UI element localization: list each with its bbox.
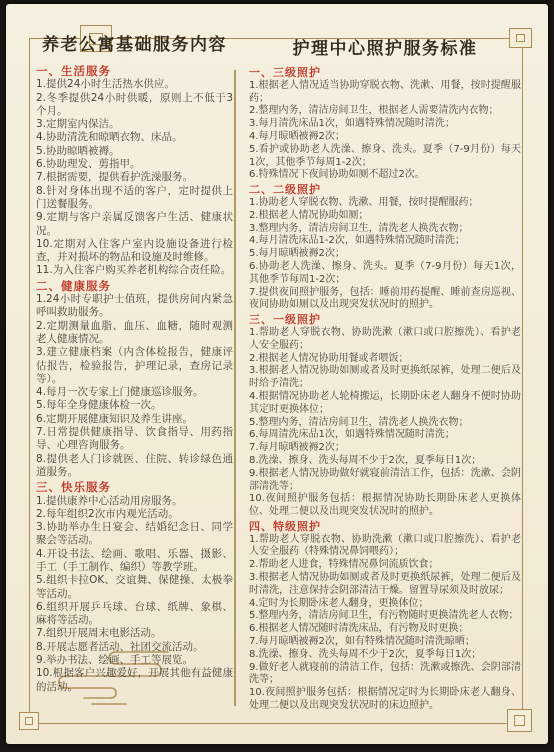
- service-item: 3.协助举办生日宴会、结婚纪念日、同学聚会等活动。: [36, 521, 233, 548]
- section-item-list: 1.帮助老人穿脱衣物、协助洗漱（漱口或口腔擦洗）、看护老人安全服药；2.根据老人…: [249, 327, 521, 519]
- care-standard-item: 5.每月晾晒被褥2次；: [249, 248, 521, 261]
- care-standard-item: 6.协助老人洗澡、擦身、洗头。夏季（7-9月份）每天1次，其他季节每周1-2次；: [249, 261, 521, 287]
- section-level2-care: 二、二级照护 1.协助老人穿脱衣物、洗漱、用餐，按时提醒服药；2.根据老人情况协…: [249, 184, 521, 312]
- section-heading: 一、三级照护: [249, 67, 521, 80]
- service-item: 4.协助清洗和晾晒衣物、床品。: [36, 131, 233, 144]
- service-item: 5.每年全身健康体检一次。: [36, 399, 233, 412]
- service-item: 9.定期与客户亲属反馈客户生活、健康状况。: [36, 211, 233, 238]
- care-standard-item: 4.每月晾晒被褥2次；: [249, 131, 521, 144]
- care-standard-item: 2.整理内务，清洁房间卫生，根据老人需要清洗内衣物；: [249, 105, 521, 118]
- care-standard-item: 4.每月清洗床品1-2次，如遇特殊情况随时清洗；: [249, 235, 521, 248]
- care-standard-item: 2.根据老人情况协助用餐或者喂饭；: [249, 353, 521, 366]
- section-item-list: 1.帮助老人穿脱衣物、协助洗漱（漱口或口腔擦洗）、看护老人安全服药（特殊情况鼻饲…: [249, 534, 521, 713]
- left-panel-title: 养老公寓基础服务内容: [36, 34, 233, 56]
- service-item: 8.针对身体出现不适的客户，定时提供上门送餐服务。: [36, 185, 233, 212]
- service-item: 10.定期对入住客户室内设施设备进行检查，并对损坏的物品和设施及时维修。: [36, 238, 233, 265]
- care-standard-item: 3.每月清洗床品1次，如遇特殊情况随时清洗；: [249, 118, 521, 131]
- care-standard-item: 10.夜间照护服务包括：根据情况协助长期卧床老人更换体位、处理二便以及出现突发状…: [249, 493, 521, 519]
- service-item: 1.24小时专职护士值班，提供房间内紧急呼叫救助服务。: [36, 293, 233, 320]
- service-item: 9.举办书法、绘画、手工等展览。: [36, 654, 233, 667]
- service-item: 7.日常提供健康指导、饮食指导、用药指导、心理咨询服务。: [36, 426, 233, 453]
- service-item: 8.提供老人门诊就医、住院、转诊绿色通道服务。: [36, 453, 233, 480]
- section-heading: 二、健康服务: [36, 280, 233, 293]
- service-item: 5.协助晾晒被褥。: [36, 145, 233, 158]
- care-standard-item: 5.看护或协助老人洗澡、擦身、洗头。夏季（7-9月份）每天1次，其他季节每周1-…: [249, 144, 521, 170]
- left-panel: 养老公寓基础服务内容 一、生活服务 1.提供24小时生活热水供应。2.冬季提供2…: [36, 34, 233, 694]
- service-item: 7.根据需要，提供看护洗澡服务。: [36, 171, 233, 184]
- care-standard-item: 1.帮助老人穿脱衣物、协助洗漱（漱口或口腔擦洗）、看护老人安全服药（特殊情况鼻饲…: [249, 534, 521, 560]
- care-standard-item: 3.根据老人情况协助如厕或者及时更换纸尿裤，处理二便后及时清洗，注意保持会阴部清…: [249, 572, 521, 598]
- section-heading: 一、生活服务: [36, 65, 233, 78]
- service-item: 6.协助理发、剪指甲。: [36, 158, 233, 171]
- section-item-list: 1.协助老人穿脱衣物、洗漱、用餐，按时提醒服药；2.根据老人情况协助如厕；3.整…: [249, 197, 521, 312]
- fret-corner-bottom-left-icon: [19, 712, 39, 730]
- service-item: 2.冬季提供24小时供暖，原则上不低于3个月。: [36, 92, 233, 119]
- care-standard-item: 6.每周清洗床品1次，如遇特殊情况随时清洗；: [249, 429, 521, 442]
- section-item-list: 1.提供康养中心活动用房服务。2.每年组织2次市内观光活动。3.协助举办生日宴会…: [36, 495, 233, 694]
- section-level1-care: 三、一级照护 1.帮助老人穿脱衣物、协助洗漱（漱口或口腔擦洗）、看护老人安全服药…: [249, 314, 521, 519]
- section-special-care: 四、特级照护 1.帮助老人穿脱衣物、协助洗漱（漱口或口腔擦洗）、看护老人安全服药…: [249, 521, 521, 713]
- care-standard-item: 3.整理内务，清洁房间卫生，清洗老人换洗衣物；: [249, 223, 521, 236]
- section-heading: 三、一级照护: [249, 314, 521, 327]
- right-panel: 护理中心照护服务标准 一、三级照护 1.根据老人情况适当协助穿脱衣物、洗漱、用餐…: [249, 38, 521, 713]
- right-panel-title: 护理中心照护服务标准: [249, 38, 521, 60]
- care-standard-item: 7.每月晾晒被褥2次；: [249, 442, 521, 455]
- care-standard-item: 7.提供夜间照护服务，包括：睡前用药提醒、睡前查房巡视、夜间协助如厕以及出现突发…: [249, 287, 521, 313]
- care-standard-item: 10.夜间照护服务包括：根据情况定时为长期卧床老人翻身、处理二便以及出现突发状况…: [249, 687, 521, 713]
- care-standard-item: 5.整理内务，清洁房间卫生，有污物随时更换清洗老人衣物；: [249, 610, 521, 623]
- care-standard-item: 9.做好老人就寝前的清洁工作，包括：洗漱或擦洗、会阴部清洗等；: [249, 662, 521, 688]
- service-item: 10.根据客户兴趣爱好，开展其他有益健康的活动。: [36, 667, 233, 694]
- service-item: 1.提供康养中心活动用房服务。: [36, 495, 233, 508]
- service-item: 5.组织卡拉OK、交谊舞、保健操、太极拳等活动。: [36, 574, 233, 601]
- service-item: 6.组织开展乒乓球、台球、纸牌、象棋、麻将等活动。: [36, 601, 233, 628]
- care-standard-item: 2.根据老人情况协助如厕；: [249, 210, 521, 223]
- care-standard-item: 6.根据老人情况随时清洗床品，有污物及时更换；: [249, 623, 521, 636]
- service-item: 3.定期室内保洁。: [36, 118, 233, 131]
- care-standard-item: 4.定时为长期卧床老人翻身，更换体位；: [249, 598, 521, 611]
- poster-card: 养老公寓基础服务内容 一、生活服务 1.提供24小时生活热水供应。2.冬季提供2…: [6, 4, 548, 744]
- care-standard-item: 7.每月晾晒被褥2次，如有特殊情况随时清洗晾晒；: [249, 636, 521, 649]
- service-item: 4.开设书法、绘画、歌唱、乐器、摄影、手工（手工制作、编织）等教学班。: [36, 548, 233, 575]
- care-standard-item: 1.协助老人穿脱衣物、洗漱、用餐，按时提醒服药；: [249, 197, 521, 210]
- service-item: 6.定期开展健康知识及养生讲座。: [36, 413, 233, 426]
- service-item: 11.为入住客户购买养老机构综合责任险。: [36, 264, 233, 277]
- service-item: 2.每年组织2次市内观光活动。: [36, 508, 233, 521]
- service-item: 1.提供24小时生活热水供应。: [36, 78, 233, 91]
- care-standard-item: 8.洗澡、擦身、洗头每周不少于2次，夏季每日1次；: [249, 455, 521, 468]
- section-health-services: 二、健康服务 1.24小时专职护士值班，提供房间内紧急呼叫救助服务。2.定期测量…: [36, 280, 233, 479]
- section-level3-care: 一、三级照护 1.根据老人情况适当协助穿脱衣物、洗漱、用餐，按时提醒服药；2.整…: [249, 67, 521, 182]
- care-standard-item: 9.根据老人情况协助做好就寝前清洁工作，包括：洗漱、会阴部清洗等；: [249, 468, 521, 494]
- section-life-services: 一、生活服务 1.提供24小时生活热水供应。2.冬季提供24小时供暖，原则上不低…: [36, 65, 233, 278]
- care-standard-item: 6.特殊情况下夜间协助如厕不超过2次。: [249, 169, 521, 182]
- section-item-list: 1.提供24小时生活热水供应。2.冬季提供24小时供暖，原则上不低于3个月。3.…: [36, 78, 233, 277]
- care-standard-item: 3.根据老人情况协助如厕或者及时更换纸尿裤，处理二便后及时给予清洗；: [249, 365, 521, 391]
- section-heading: 三、快乐服务: [36, 481, 233, 494]
- section-item-list: 1.根据老人情况适当协助穿脱衣物、洗漱、用餐，按时提醒服药；2.整理内务，清洁房…: [249, 80, 521, 182]
- service-item: 8.开展志愿者活动、社团交流活动。: [36, 641, 233, 654]
- section-happiness-services: 三、快乐服务 1.提供康养中心活动用房服务。2.每年组织2次市内观光活动。3.协…: [36, 481, 233, 694]
- care-standard-item: 1.根据老人情况适当协助穿脱衣物、洗漱、用餐，按时提醒服药；: [249, 80, 521, 106]
- section-item-list: 1.24小时专职护士值班，提供房间内紧急呼叫救助服务。2.定期测量血脂、血压、血…: [36, 293, 233, 479]
- care-standard-item: 1.帮助老人穿脱衣物、协助洗漱（漱口或口腔擦洗）、看护老人安全服药；: [249, 327, 521, 353]
- care-standard-item: 5.整理内务，清洁房间卫生，清洗老人换洗衣物；: [249, 417, 521, 430]
- service-item: 3.建立健康档案（内含体检报告，健康评估报告，检验报告，护理记录，查房记录等）。: [36, 346, 233, 386]
- service-item: 2.定期测量血脂、血压、血糖，随时观测老人健康情况。: [36, 320, 233, 347]
- care-standard-item: 4.根据情况协助老人轮椅搬运，长期卧床老人翻身不便时协助其定时更换体位；: [249, 391, 521, 417]
- care-standard-item: 8.洗澡、擦身、洗头每周不少于2次，夏季每日1次；: [249, 649, 521, 662]
- service-item: 7.组织开展周末电影活动。: [36, 627, 233, 640]
- column-divider: [234, 70, 236, 706]
- section-heading: 二、二级照护: [249, 184, 521, 197]
- service-item: 4.每月一次专家上门健康巡诊服务。: [36, 386, 233, 399]
- care-standard-item: 2.帮助老人进食，特殊情况鼻饲流质饮食；: [249, 559, 521, 572]
- section-heading: 四、特级照护: [249, 521, 521, 534]
